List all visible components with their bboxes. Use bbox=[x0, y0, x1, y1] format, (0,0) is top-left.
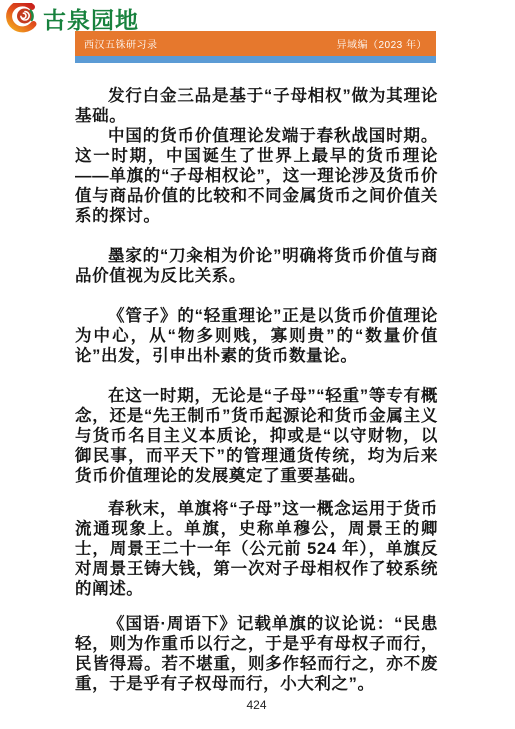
paragraph: 发行白金三品是基于“子母相权”做为其理论基础。 bbox=[75, 86, 438, 126]
site-logo-text: 古泉园地 bbox=[43, 5, 139, 35]
page-number: 424 bbox=[75, 698, 438, 712]
header-accent-bar bbox=[75, 56, 436, 63]
paragraph: 春秋末，单旗将“子母”这一概念运用于货币流通现象上。单旗，史称单穆公，周景王的卿… bbox=[75, 499, 438, 599]
chapter-header-right-title: 异域编（2023 年） bbox=[336, 36, 427, 51]
chapter-header-left-title: 西汉五铢研习录 bbox=[84, 36, 158, 51]
paragraph: 中国的货币价值理论发端于春秋战国时期。这一时期，中国诞生了世界上最早的货币理论—… bbox=[75, 126, 438, 226]
paragraph: 《国语·周语下》记载单旗的议论说：“民患轻，则为作重币以行之，于是乎有母权子而行… bbox=[75, 614, 438, 694]
page-body: 发行白金三品是基于“子母相权”做为其理论基础。 中国的货币价值理论发端于春秋战国… bbox=[75, 86, 438, 712]
coin-swirl-logo-icon bbox=[3, 3, 40, 36]
chapter-header-bar: 西汉五铢研习录 异域编（2023 年） bbox=[75, 31, 436, 56]
paragraph: 墨家的“刀籴相为价论”明确将货币价值与商品价值视为反比关系。 bbox=[75, 246, 438, 286]
document-page: 古泉园地 西汉五铢研习录 异域编（2023 年） 发行白金三品是基于“子母相权”… bbox=[0, 0, 515, 729]
paragraph: 在这一时期，无论是“子母”“轻重”等专有概念，还是“先王制币”货币起源论和货币金… bbox=[75, 386, 438, 486]
paragraph: 《管子》的“轻重理论”正是以货币价值理论为中心，从“物多则贱，寡则贵”的“数量价… bbox=[75, 306, 438, 366]
